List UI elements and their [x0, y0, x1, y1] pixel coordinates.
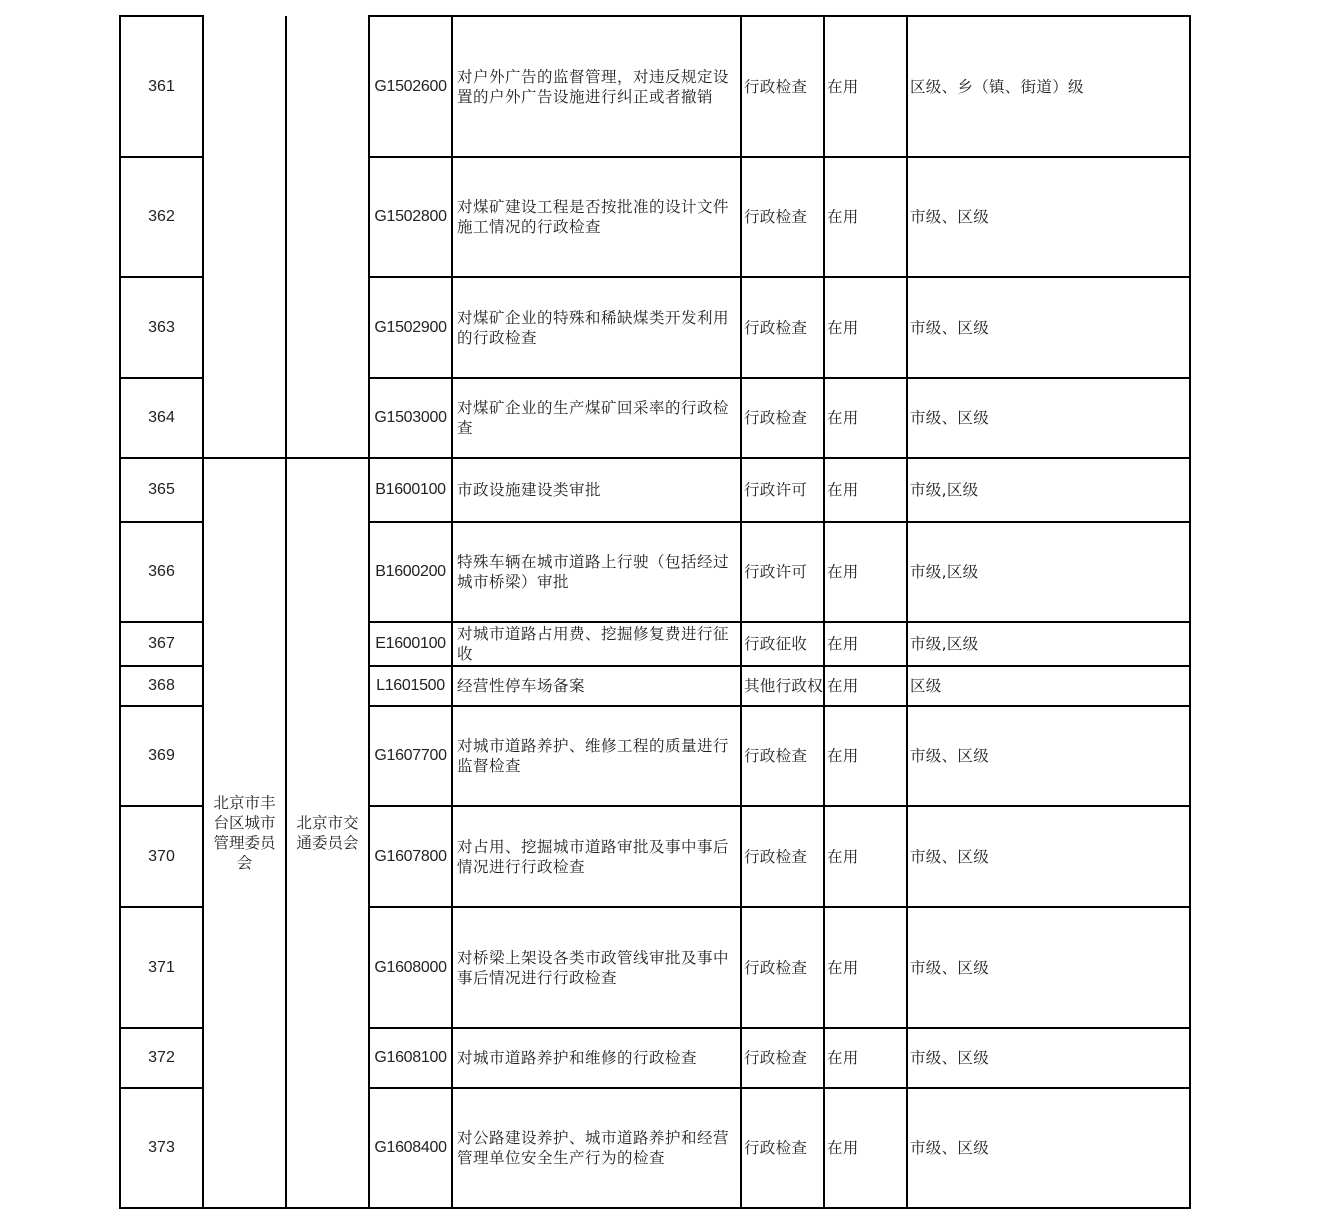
row-number: 366 [119, 521, 204, 623]
item-code: G1608000 [368, 906, 453, 1029]
item-type: 行政检查 [740, 156, 825, 278]
row-number-text: 369 [148, 746, 175, 766]
row-number: 367 [119, 621, 204, 667]
item-description-text: 对占用、挖掘城市道路审批及事中事后情况进行行政检查 [457, 837, 736, 877]
item-type: 行政检查 [740, 805, 825, 908]
item-type: 行政检查 [740, 276, 825, 379]
row-number: 372 [119, 1027, 204, 1089]
item-description: 对煤矿企业的特殊和稀缺煤类开发利用的行政检查 [451, 276, 742, 379]
item-level: 市级、区级 [906, 906, 1191, 1029]
item-type-text: 行政征收 [744, 634, 807, 654]
row-number: 369 [119, 705, 204, 807]
item-description-text: 对煤矿建设工程是否按批准的设计文件施工情况的行政检查 [457, 197, 736, 237]
item-level-text: 市级,区级 [910, 634, 978, 654]
item-description: 对户外广告的监督管理，对违反规定设置的户外广告设施进行纠正或者撤销 [451, 15, 742, 158]
row-number-text: 364 [148, 408, 175, 428]
item-code: G1503000 [368, 377, 453, 459]
item-status-text: 在用 [827, 676, 859, 696]
item-level-text: 市级、区级 [910, 1048, 989, 1068]
item-status-text: 在用 [827, 77, 859, 97]
item-level: 市级,区级 [906, 621, 1191, 667]
item-status-text: 在用 [827, 1138, 859, 1158]
item-level: 市级、区级 [906, 156, 1191, 278]
item-code-text: G1502900 [374, 318, 446, 338]
item-description-text: 对城市道路养护、维修工程的质量进行监督检查 [457, 736, 736, 776]
item-description-text: 对公路建设养护、城市道路养护和经营管理单位安全生产行为的检查 [457, 1128, 736, 1168]
row-number: 363 [119, 276, 204, 379]
item-description-text: 对桥梁上架设各类市政管线审批及事中事后情况进行行政检查 [457, 948, 736, 988]
dept-cell: 北京市丰台区城市管理委员会 [202, 457, 287, 1209]
item-type-text: 行政检查 [744, 207, 807, 227]
row-number-text: 370 [148, 847, 175, 867]
row-number-text: 363 [148, 318, 175, 338]
item-code-text: G1503000 [374, 408, 446, 428]
item-code-text: G1608000 [374, 958, 446, 978]
item-level-text: 市级、区级 [910, 746, 989, 766]
row-number: 361 [119, 15, 204, 158]
item-level: 市级、区级 [906, 1027, 1191, 1089]
item-type: 行政检查 [740, 15, 825, 158]
item-code-text: G1608400 [374, 1138, 446, 1158]
item-level-text: 市级、区级 [910, 958, 989, 978]
item-code: B1600200 [368, 521, 453, 623]
row-number: 362 [119, 156, 204, 278]
item-level-text: 市级、区级 [910, 318, 989, 338]
item-level-text: 市级、区级 [910, 847, 989, 867]
catalog-table: 361G1502600对户外广告的监督管理，对违反规定设置的户外广告设施进行纠正… [120, 16, 1191, 1209]
item-description: 特殊车辆在城市道路上行驶（包括经过城市桥梁）审批 [451, 521, 742, 623]
item-code: L1601500 [368, 665, 453, 707]
item-description: 经营性停车场备案 [451, 665, 742, 707]
item-code-text: G1608100 [374, 1048, 446, 1068]
item-status-text: 在用 [827, 958, 859, 978]
item-description: 对公路建设养护、城市道路养护和经营管理单位安全生产行为的检查 [451, 1087, 742, 1209]
item-status: 在用 [823, 377, 908, 459]
item-code-text: L1601500 [376, 676, 445, 696]
item-type: 行政检查 [740, 1027, 825, 1089]
row-number: 370 [119, 805, 204, 908]
row-number: 364 [119, 377, 204, 459]
item-status-text: 在用 [827, 847, 859, 867]
item-type-text: 行政检查 [744, 847, 807, 867]
item-code-text: E1600100 [375, 634, 446, 654]
item-description: 对煤矿企业的生产煤矿回采率的行政检查 [451, 377, 742, 459]
item-description: 对城市道路养护和维修的行政检查 [451, 1027, 742, 1089]
item-code: G1607800 [368, 805, 453, 908]
item-code: B1600100 [368, 457, 453, 523]
item-level-text: 市级、区级 [910, 207, 989, 227]
row-number-text: 365 [148, 480, 175, 500]
item-status: 在用 [823, 906, 908, 1029]
item-status-text: 在用 [827, 746, 859, 766]
item-status-text: 在用 [827, 562, 859, 582]
item-type-text: 行政许可 [744, 562, 807, 582]
item-level: 区级、乡（镇、街道）级 [906, 15, 1191, 158]
item-code-text: G1502600 [374, 77, 446, 97]
item-code: G1502800 [368, 156, 453, 278]
row-number-text: 366 [148, 562, 175, 582]
item-status: 在用 [823, 805, 908, 908]
item-description-text: 对煤矿企业的特殊和稀缺煤类开发利用的行政检查 [457, 308, 736, 348]
item-level: 市级、区级 [906, 377, 1191, 459]
item-code-text: B1600200 [375, 562, 446, 582]
item-description: 对城市道路占用费、挖掘修复费进行征收 [451, 621, 742, 667]
item-type-text: 行政检查 [744, 746, 807, 766]
row-number: 371 [119, 906, 204, 1029]
item-description: 对桥梁上架设各类市政管线审批及事中事后情况进行行政检查 [451, 906, 742, 1029]
item-type-text: 行政检查 [744, 408, 807, 428]
upper-dept-cell-group-a [286, 16, 371, 460]
item-status: 在用 [823, 1027, 908, 1089]
item-status-text: 在用 [827, 318, 859, 338]
item-level: 区级 [906, 665, 1191, 707]
item-level-text: 区级 [910, 676, 942, 696]
row-number-text: 368 [148, 676, 175, 696]
upper-dept-cell-text: 北京市交通委员会 [293, 813, 362, 853]
item-type-text: 行政检查 [744, 77, 807, 97]
upper-dept-cell: 北京市交通委员会 [285, 457, 370, 1209]
item-status: 在用 [823, 621, 908, 667]
item-code-text: G1607800 [374, 847, 446, 867]
item-description-text: 经营性停车场备案 [457, 676, 585, 696]
item-type: 行政检查 [740, 377, 825, 459]
item-level: 市级、区级 [906, 1087, 1191, 1209]
item-description-text: 对户外广告的监督管理，对违反规定设置的户外广告设施进行纠正或者撤销 [457, 67, 736, 107]
item-level-text: 市级、区级 [910, 408, 989, 428]
item-status-text: 在用 [827, 634, 859, 654]
row-number-text: 372 [148, 1048, 175, 1068]
item-status: 在用 [823, 1087, 908, 1209]
item-code-text: G1607700 [374, 746, 446, 766]
item-type: 行政征收 [740, 621, 825, 667]
item-description-text: 对城市道路占用费、挖掘修复费进行征收 [457, 624, 736, 664]
item-type-text: 行政检查 [744, 958, 807, 978]
item-level: 市级、区级 [906, 805, 1191, 908]
item-type: 行政许可 [740, 457, 825, 523]
row-number: 368 [119, 665, 204, 707]
item-description-text: 对煤矿企业的生产煤矿回采率的行政检查 [457, 398, 736, 438]
row-number-text: 362 [148, 207, 175, 227]
item-type-text: 其他行政权 [744, 676, 823, 696]
item-status: 在用 [823, 15, 908, 158]
item-level: 市级,区级 [906, 521, 1191, 623]
item-level-text: 市级,区级 [910, 562, 978, 582]
item-level: 市级,区级 [906, 457, 1191, 523]
item-code: E1600100 [368, 621, 453, 667]
item-type: 行政检查 [740, 906, 825, 1029]
item-status: 在用 [823, 705, 908, 807]
item-description: 对煤矿建设工程是否按批准的设计文件施工情况的行政检查 [451, 156, 742, 278]
row-number-text: 371 [148, 958, 175, 978]
row-number-text: 373 [148, 1138, 175, 1158]
item-level-text: 市级,区级 [910, 480, 978, 500]
item-description-text: 对城市道路养护和维修的行政检查 [457, 1048, 697, 1068]
item-description: 对占用、挖掘城市道路审批及事中事后情况进行行政检查 [451, 805, 742, 908]
item-level: 市级、区级 [906, 705, 1191, 807]
item-type-text: 行政检查 [744, 1138, 807, 1158]
item-type: 行政检查 [740, 705, 825, 807]
item-status: 在用 [823, 276, 908, 379]
item-level-text: 区级、乡（镇、街道）级 [910, 77, 1084, 97]
item-status: 在用 [823, 521, 908, 623]
item-description: 市政设施建设类审批 [451, 457, 742, 523]
row-number-text: 367 [148, 634, 175, 654]
item-code: G1502900 [368, 276, 453, 379]
item-status-text: 在用 [827, 1048, 859, 1068]
item-code: G1502600 [368, 15, 453, 158]
item-level-text: 市级、区级 [910, 1138, 989, 1158]
item-code-text: G1502800 [374, 207, 446, 227]
item-type-text: 行政检查 [744, 1048, 807, 1068]
item-description-text: 特殊车辆在城市道路上行驶（包括经过城市桥梁）审批 [457, 552, 736, 592]
item-status: 在用 [823, 457, 908, 523]
item-type: 其他行政权 [740, 665, 825, 707]
dept-cell-group-a [203, 16, 288, 460]
item-code: G1607700 [368, 705, 453, 807]
item-code: G1608400 [368, 1087, 453, 1209]
row-number: 373 [119, 1087, 204, 1209]
item-status-text: 在用 [827, 408, 859, 428]
item-level: 市级、区级 [906, 276, 1191, 379]
item-status-text: 在用 [827, 480, 859, 500]
item-type-text: 行政许可 [744, 480, 807, 500]
item-type: 行政检查 [740, 1087, 825, 1209]
item-description: 对城市道路养护、维修工程的质量进行监督检查 [451, 705, 742, 807]
row-number-text: 361 [148, 77, 175, 97]
row-number: 365 [119, 457, 204, 523]
item-type-text: 行政检查 [744, 318, 807, 338]
item-code-text: B1600100 [375, 480, 446, 500]
item-status: 在用 [823, 665, 908, 707]
item-type: 行政许可 [740, 521, 825, 623]
item-code: G1608100 [368, 1027, 453, 1089]
dept-cell-text: 北京市丰台区城市管理委员会 [210, 793, 279, 873]
item-status: 在用 [823, 156, 908, 278]
item-status-text: 在用 [827, 207, 859, 227]
item-description-text: 市政设施建设类审批 [457, 480, 601, 500]
